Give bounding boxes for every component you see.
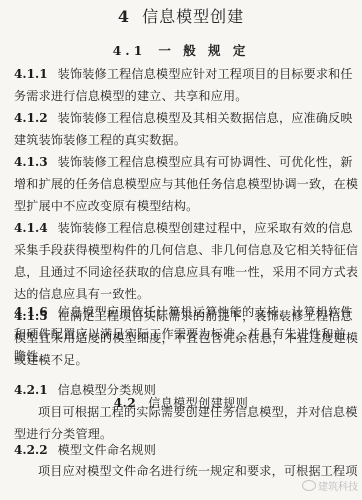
section-number: 4.1 — [113, 43, 147, 58]
clause-text: 瞻性。 — [14, 349, 51, 363]
clause-number: 4.2.2 — [14, 443, 48, 457]
clause-line: 4.2.2模型文件命名规则 — [14, 439, 352, 461]
clause-line: 型扩展中不应改变原有模型结构。 — [14, 195, 352, 217]
clause-text: 增和扩展的任务信息模型应与其他任务信息模型协调一致，在模 — [14, 177, 358, 191]
section-title-text: 一 般 规 定 — [158, 43, 249, 58]
clause-line: 务需求进行信息模型的建立、共享和应用。 — [14, 85, 352, 107]
clause-text: 装饰装修工程信息模型应针对工程项目的目标要求和任 — [58, 67, 353, 81]
watermark-text: 建筑科技 — [318, 482, 358, 493]
clause-text: 息，且通过不同途径获取的信息应具有唯一性，采用不同方式表 — [14, 265, 358, 279]
clause-line: 建筑装饰装修工程的真实数据。 — [14, 129, 352, 151]
clause-text: 信息模型分类规则 — [58, 383, 156, 397]
clause-line: 4.1.4装饰装修工程信息模型创建过程中，应采取有效的信息 — [14, 217, 352, 239]
clause-number: 4.1.2 — [14, 111, 48, 125]
section-title-4-1: 4.1一 般 规 定 — [0, 41, 362, 59]
clause-number: 4.1.1 — [14, 67, 48, 81]
document-page: 4信息模型创建 4.1一 般 规 定 4.1.1装饰装修工程信息模型应针对工程项… — [0, 0, 362, 500]
clause-number: 4.2.1 — [14, 383, 48, 397]
clause-text: 装饰装修工程信息模型创建过程中，应采取有效的信息 — [58, 221, 353, 235]
chapter-title-text: 信息模型创建 — [142, 7, 244, 26]
chapter-title: 4信息模型创建 — [0, 4, 362, 27]
clause-text: 采集手段获得模型构件的几何信息、非几何信息及它相关特征信 — [14, 243, 358, 257]
clause-text: 务需求进行信息模型的建立、共享和应用。 — [14, 89, 248, 103]
clause-line: 息，且通过不同途径获取的信息应具有唯一性，采用不同方式表 — [14, 261, 352, 283]
watermark: 建筑科技 — [302, 478, 358, 493]
clause-text: 型扩展中不应改变原有模型结构。 — [14, 199, 198, 213]
clause-text: 建筑装饰装修工程的真实数据。 — [14, 133, 186, 147]
wechat-icon — [302, 480, 316, 491]
clause-number: 4.1.3 — [14, 155, 48, 169]
clause-text: 装饰装修工程信息模型应具有可协调性、可优化性，新 — [58, 155, 353, 169]
clause-text: 信息模型应用依托计算机运算性能的支持，计算机软件 — [58, 305, 353, 319]
clause-line: 增和扩展的任务信息模型应与其他任务信息模型协调一致，在模 — [14, 173, 352, 195]
clause-text: 和硬件配置应以满足实际工作需要为标准，并具有先进性和前 — [14, 327, 346, 341]
clause-text: 达的信息应具有一致性。 — [14, 287, 149, 301]
clause-number: 4.1.4 — [14, 221, 48, 235]
clause-line: 4.2.1信息模型分类规则 — [14, 379, 352, 401]
clause-line: 4.1.2装饰装修工程信息模型及其相关数据信息，应准确反映 — [14, 107, 352, 129]
clause-line: 4.1.6信息模型应用依托计算机运算性能的支持，计算机软件 — [14, 301, 352, 323]
clause-text: 项目应对模型文件命名进行统一规定和要求，可根据工程项 — [38, 464, 358, 478]
clause-text: 项目可根据工程的实际需要创建任务信息模型，并对信息模 — [38, 405, 358, 419]
clause-line: 4.1.3装饰装修工程信息模型应具有可协调性、可优化性，新 — [14, 151, 352, 173]
clause-line: 和硬件配置应以满足实际工作需要为标准，并具有先进性和前 — [14, 323, 352, 345]
clause-line: 瞻性。 — [14, 345, 352, 367]
clause-line: 4.1.1装饰装修工程信息模型应针对工程项目的目标要求和任 — [14, 63, 352, 85]
clause-number: 4.1.6 — [14, 305, 48, 319]
clause-text: 模型文件命名规则 — [58, 443, 156, 457]
clause-line: 采集手段获得模型构件的几何信息、非几何信息及它相关特征信 — [14, 239, 352, 261]
chapter-number: 4 — [118, 7, 130, 26]
clause-line: 项目可根据工程的实际需要创建任务信息模型，并对信息模 — [14, 401, 362, 423]
clause-text: 装饰装修工程信息模型及其相关数据信息，应准确反映 — [58, 111, 353, 125]
